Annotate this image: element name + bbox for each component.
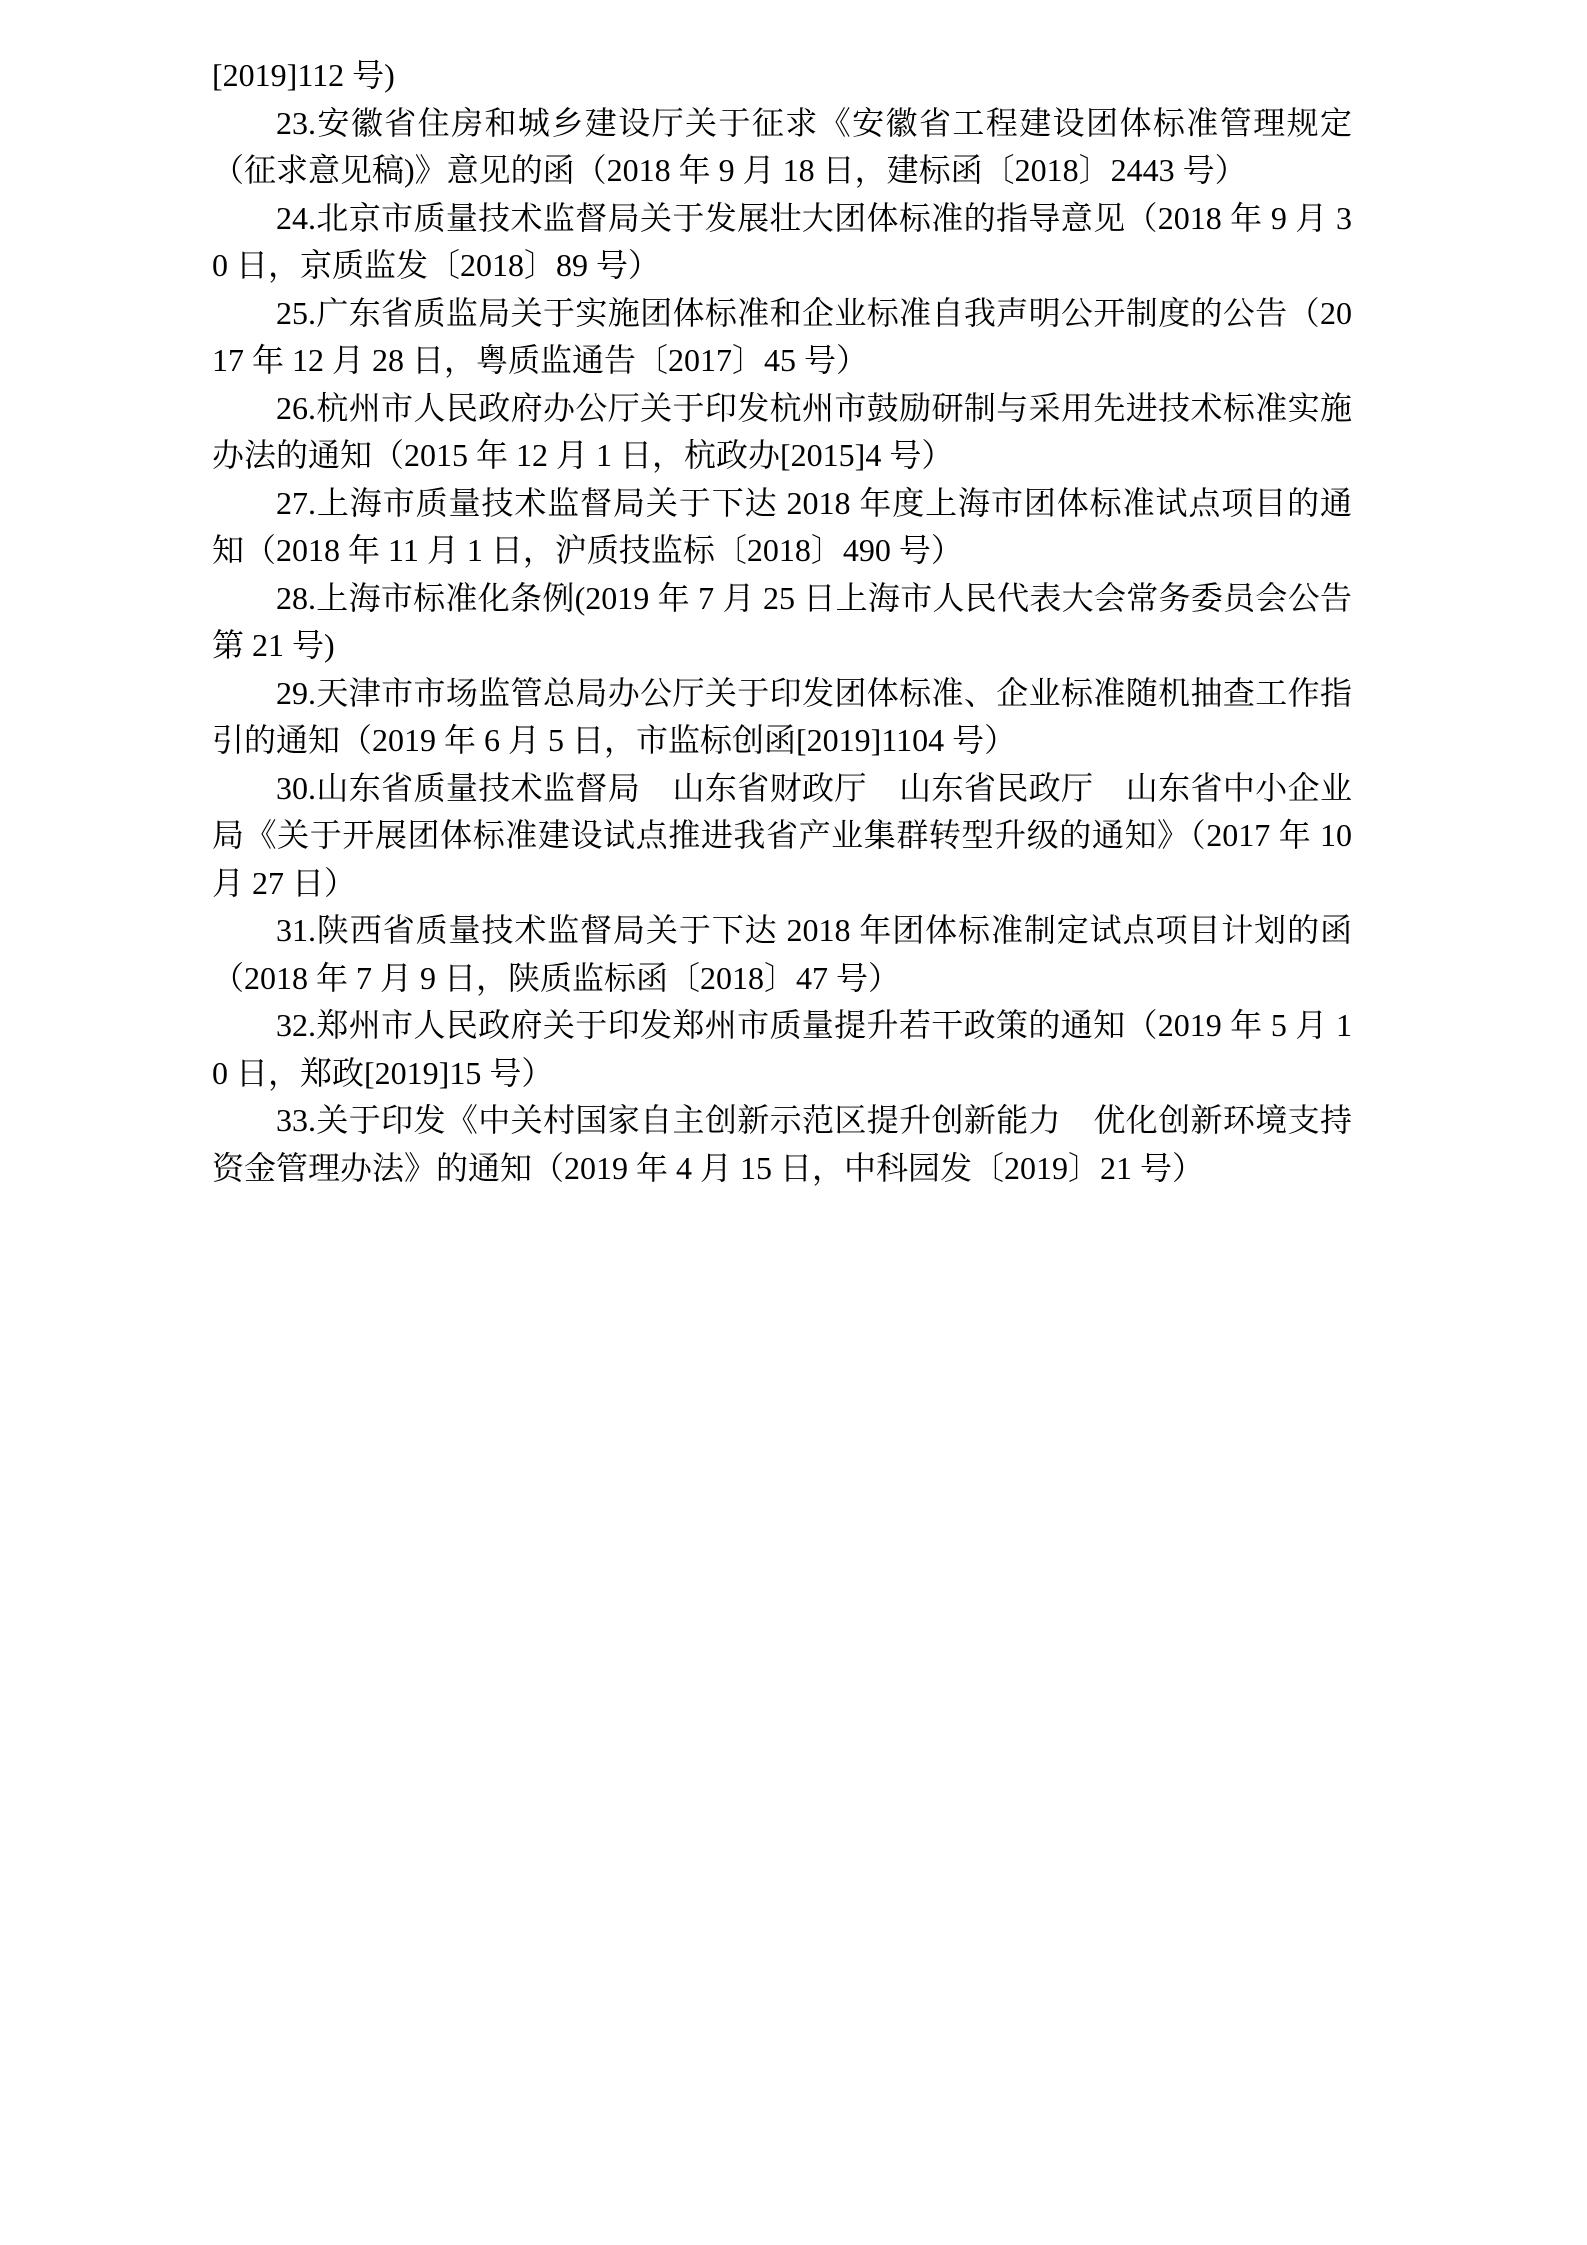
paragraph-item-32: 32.郑州市人民政府关于印发郑州市质量提升若干政策的通知（2019 年 5 月 … bbox=[212, 1002, 1352, 1097]
paragraph-item-30: 30.山东省质量技术监督局 山东省财政厅 山东省民政厅 山东省中小企业局《关于开… bbox=[212, 765, 1352, 908]
paragraph-item-28: 28.上海市标准化条例(2019 年 7 月 25 日上海市人民代表大会常务委员… bbox=[212, 575, 1352, 670]
paragraph-continuation: [2019]112 号) bbox=[212, 52, 1352, 100]
paragraph-item-27: 27.上海市质量技术监督局关于下达 2018 年度上海市团体标准试点项目的通知（… bbox=[212, 480, 1352, 575]
paragraph-item-25: 25.广东省质监局关于实施团体标准和企业标准自我声明公开制度的公告（2017 年… bbox=[212, 290, 1352, 385]
paragraph-item-24: 24.北京市质量技术监督局关于发展壮大团体标准的指导意见（2018 年 9 月 … bbox=[212, 195, 1352, 290]
paragraph-item-23: 23.安徽省住房和城乡建设厅关于征求《安徽省工程建设团体标准管理规定（征求意见稿… bbox=[212, 100, 1352, 195]
paragraph-item-33: 33.关于印发《中关村国家自主创新示范区提升创新能力 优化创新环境支持资金管理办… bbox=[212, 1097, 1352, 1192]
paragraph-item-29: 29.天津市市场监管总局办公厅关于印发团体标准、企业标准随机抽查工作指引的通知（… bbox=[212, 670, 1352, 765]
paragraph-item-31: 31.陕西省质量技术监督局关于下达 2018 年团体标准制定试点项目计划的函（2… bbox=[212, 907, 1352, 1002]
document-text-block: [2019]112 号) 23.安徽省住房和城乡建设厅关于征求《安徽省工程建设团… bbox=[212, 52, 1352, 1192]
document-page: [2019]112 号) 23.安徽省住房和城乡建设厅关于征求《安徽省工程建设团… bbox=[0, 0, 1587, 2245]
paragraph-item-26: 26.杭州市人民政府办公厅关于印发杭州市鼓励研制与采用先进技术标准实施办法的通知… bbox=[212, 385, 1352, 480]
